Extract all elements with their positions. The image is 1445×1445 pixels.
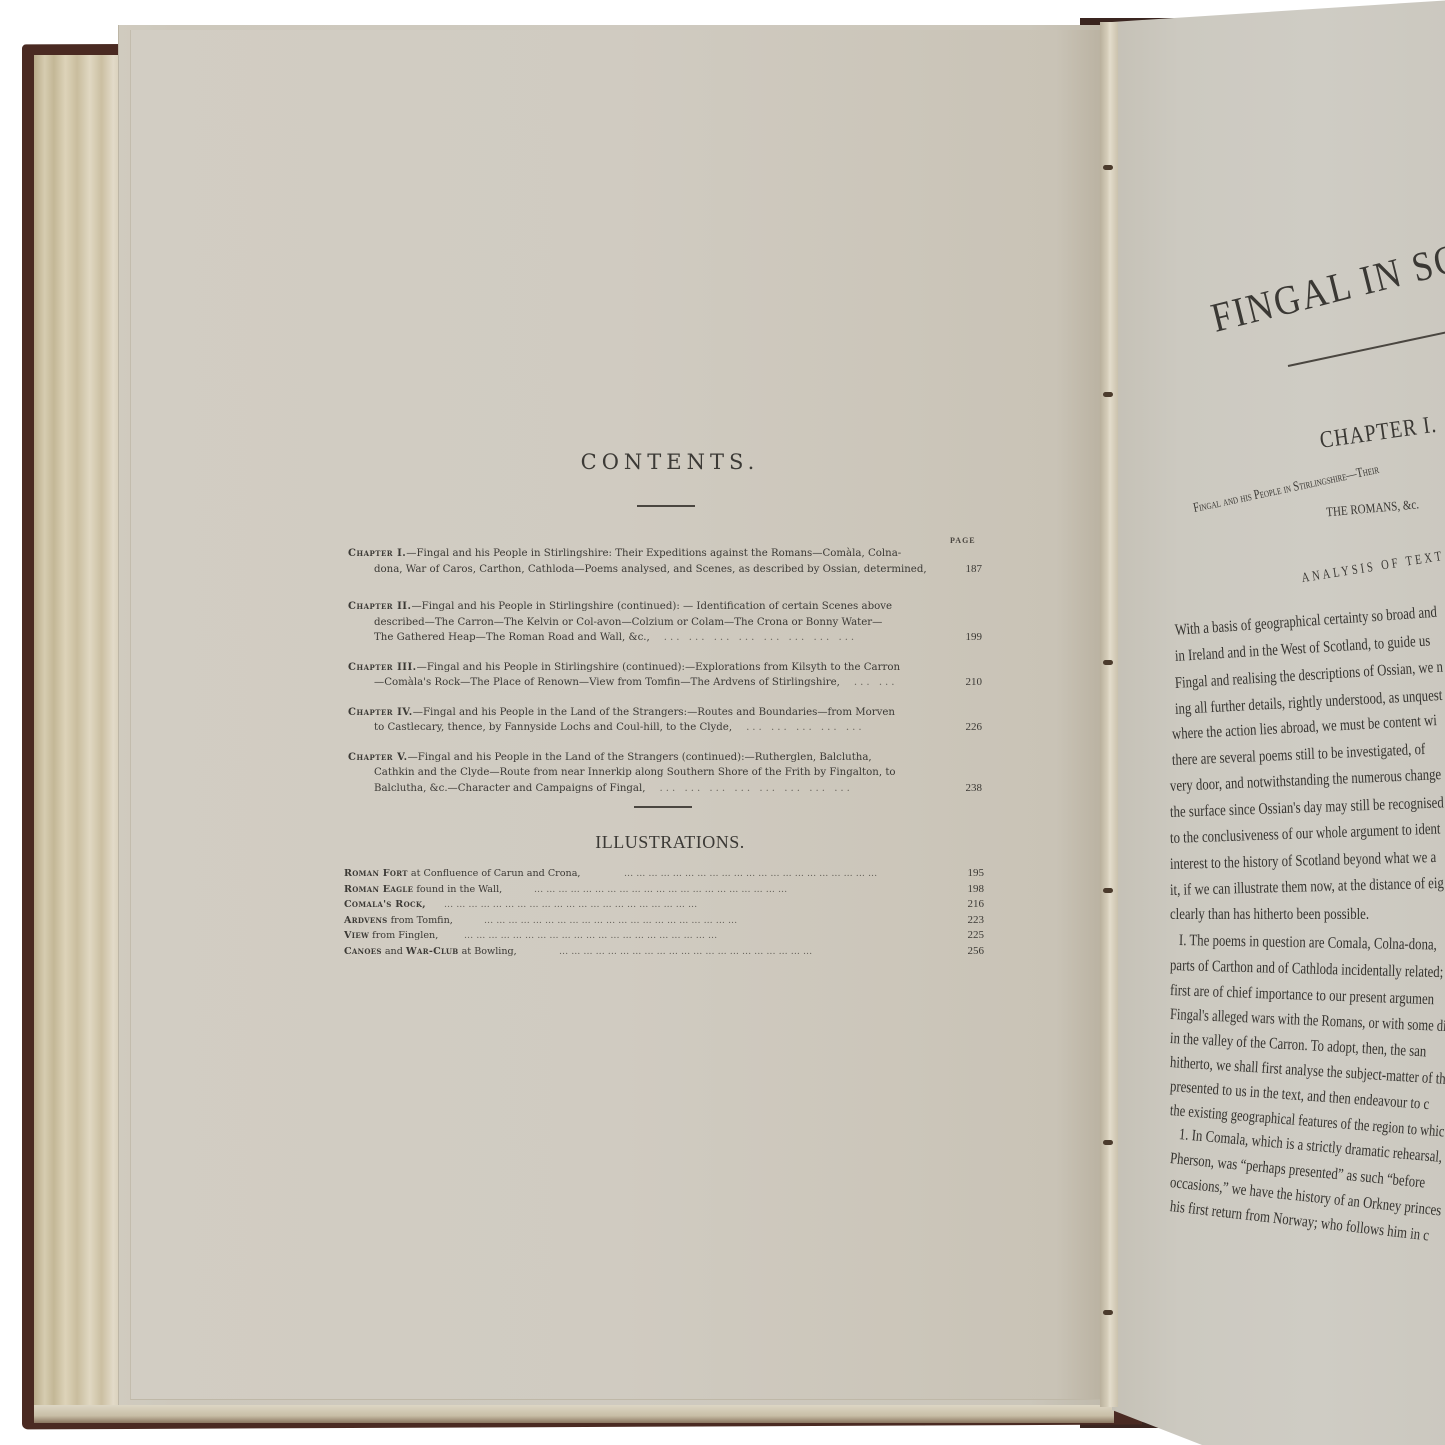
toc-line: —Fingal and his People in Stirlingshire:… (406, 548, 901, 559)
toc-entry-chapter-1: Chapter I.—Fingal and his People in Stir… (348, 546, 982, 577)
page-number: 198 (968, 882, 985, 898)
leader-dots: ... ... ... ... ... ... ... ... ... ... … (444, 897, 954, 913)
illustration-desc: at Confluence of Carun and Crona, (408, 868, 581, 879)
illustration-entry: ... ... ... ... ... ... ... ... ... ... … (344, 944, 984, 960)
binding-stitch (1103, 660, 1113, 665)
leader-dots: ... ... ... ... ... (732, 722, 865, 733)
leader-dots: ... ... ... ... ... ... ... ... ... ... … (624, 866, 954, 882)
binding-stitch (1103, 1310, 1113, 1315)
toc-entry-chapter-3: Chapter III.—Fingal and his People in St… (348, 660, 982, 691)
binding-stitch (1103, 1140, 1113, 1145)
toc-line: —Comàla's Rock—The Place of Renown—View … (374, 677, 840, 688)
illustrations-list: ... ... ... ... ... ... ... ... ... ... … (344, 866, 984, 960)
heading-rule (637, 505, 695, 507)
toc-line: described—The Carron—The Kelvin or Col-a… (348, 615, 948, 631)
toc-entry-chapter-4: Chapter IV.—Fingal and his People in the… (348, 705, 982, 736)
toc-entry-chapter-5: Chapter V.—Fingal and his People in the … (348, 750, 982, 797)
page-block-bottom-edge (34, 1405, 1114, 1423)
illustration-title: Comala's Rock, (344, 899, 426, 910)
page-number: 199 (966, 630, 983, 646)
toc-line: Cathkin and the Clyde—Route from near In… (348, 765, 948, 781)
section-rule (634, 806, 692, 808)
illustration-desc: from Tomfin, (388, 915, 453, 926)
contents-heading: CONTENTS. (520, 450, 820, 474)
page-number: 210 (966, 675, 983, 691)
binding-stitch (1103, 392, 1113, 397)
page-number: 256 (968, 944, 985, 960)
toc-line: dona, War of Caros, Carthon, Cathloda—Po… (348, 562, 948, 578)
binding-stitch (1103, 165, 1113, 170)
illustration-title: Canoes (344, 946, 382, 957)
illustration-desc: from Finglen, (369, 930, 438, 941)
chapter-label: Chapter V. (348, 752, 408, 763)
page-number: 238 (966, 781, 983, 797)
illustration-entry: ... ... ... ... ... ... ... ... ... ... … (344, 928, 984, 944)
toc-line: —Fingal and his People in the Land of th… (413, 707, 895, 718)
body-line: clearly than has hitherto been possible. (1170, 906, 1369, 924)
chapter-label: Chapter IV. (348, 707, 413, 718)
illustration-title: View (344, 930, 369, 941)
illustration-desc: at Bowling, (459, 946, 517, 957)
leader-dots: ... ... ... ... ... ... ... ... (646, 783, 853, 794)
leader-dots: ... ... (840, 677, 898, 688)
leader-dots: ... ... ... ... ... ... ... ... ... ... … (534, 882, 954, 898)
page-number: 195 (968, 866, 985, 882)
page-number: 225 (968, 928, 985, 944)
illustration-entry: ... ... ... ... ... ... ... ... ... ... … (344, 913, 984, 929)
toc-line: Balclutha, &c.—Character and Campaigns o… (374, 783, 646, 794)
chapter-label: Chapter III. (348, 662, 417, 673)
toc-line: —Fingal and his People in the Land of th… (408, 752, 872, 763)
illustration-title: Roman Eagle (344, 884, 413, 895)
illustration-title: Ardvens (344, 915, 388, 926)
spine-gutter (1100, 22, 1118, 1407)
page-number: 223 (968, 913, 985, 929)
toc-line: The Gathered Heap—The Roman Road and Wal… (374, 632, 650, 643)
page-number: 226 (966, 720, 983, 736)
leader-dots: ... ... ... ... ... ... ... ... ... ... … (464, 928, 954, 944)
toc-line: —Fingal and his People in Stirlingshire … (411, 601, 892, 612)
table-of-contents: Chapter I.—Fingal and his People in Stir… (348, 546, 982, 810)
toc-line: to Castlecary, thence, by Fannyside Loch… (374, 722, 732, 733)
illustration-desc: and (382, 946, 406, 957)
chapter-label: Chapter I. (348, 548, 406, 559)
illustration-entry: ... ... ... ... ... ... ... ... ... ... … (344, 882, 984, 898)
illustration-title: War-Club (406, 946, 459, 957)
page-number: 216 (968, 897, 985, 913)
illustration-entry: ... ... ... ... ... ... ... ... ... ... … (344, 866, 984, 882)
binding-stitch (1103, 888, 1113, 893)
leader-dots: ... ... ... ... ... ... ... ... ... ... … (559, 944, 954, 960)
toc-entry-chapter-2: Chapter II.—Fingal and his People in Sti… (348, 599, 982, 646)
illustration-entry: ... ... ... ... ... ... ... ... ... ... … (344, 897, 984, 913)
page-block-edges (34, 55, 124, 1420)
illustration-title: Roman Fort (344, 868, 408, 879)
toc-line: —Fingal and his People in Stirlingshire … (417, 662, 900, 673)
page-number: 187 (966, 562, 983, 578)
chapter-label: Chapter II. (348, 601, 411, 612)
page-column-label: PAGE (950, 536, 976, 545)
open-book-photo: CONTENTS. PAGE Chapter I.—Fingal and his… (0, 0, 1445, 1445)
leader-dots: ... ... ... ... ... ... ... ... ... ... … (484, 913, 954, 929)
illustrations-heading: ILLUSTRATIONS. (520, 832, 820, 853)
leader-dots: ... ... ... ... ... ... ... ... (650, 632, 857, 643)
illustration-desc: found in the Wall, (413, 884, 502, 895)
